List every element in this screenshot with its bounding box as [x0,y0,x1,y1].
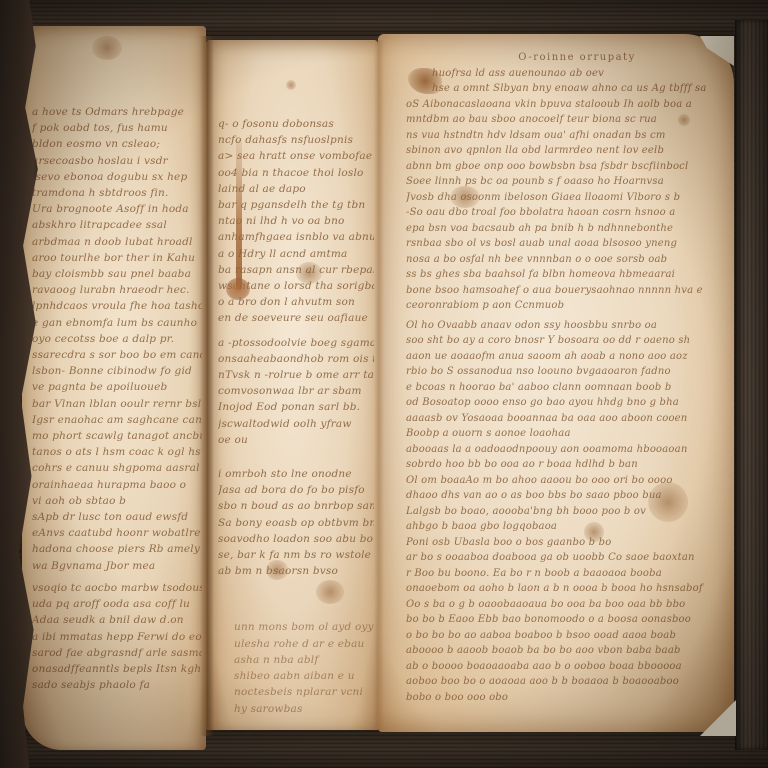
text-line: sApb dr lusc ton oaud ewsfd [32,509,202,525]
page-heading: O-roinne orrupaty [396,50,718,66]
text-line: Ol ho Ovaabb anaav odon ssy hoosbbu snrb… [406,318,718,334]
text-line: rbio bo S ossanodua nso loouno bvgaaoaro… [406,364,718,380]
paragraph: a -ptossodoolvie boeg sgamas onsaaheabao… [218,335,374,448]
text-line: lsevo ebonoa dogubu sx hep [32,169,202,185]
text-line: f pok oabd tos, fus hamu [32,120,202,136]
text-line: soavodho loadon soo abu bo [218,531,374,547]
text-line: Lalgsb bo boao, aoooba'bng bh booo poo b… [406,504,718,520]
text-line: a -ptossodoolvie boeg sgamas [218,335,374,351]
text-line: shibeo aabn aiban e u [234,668,374,684]
text-line: uda pq aroff ooda asa coff lu [32,596,202,612]
text-line: onsaaheabaondhob rom ois tovt [218,351,374,367]
text-line: bo bo b Eaoo Ebb bao bonomoodo o a boosa… [406,612,718,628]
text-line: bar Vlnan lblan ooulr rernr bslu [32,396,202,412]
text-line: a hove ts Odmars hrebpage [32,104,202,120]
middle-page: q- o fosonu dobonsas ncfo dahasfs nsfuos… [206,40,378,730]
text-line: jscwaltodwid oolh yfraw [218,416,374,432]
text-line: se, bar k fa nm bs ro wstole [218,547,374,563]
paragraph: i omrboh sto lne onodne Jasa ad bora do … [218,466,374,579]
text-line: r Boo bu boono. Ea bo r n boob a baaoaoa… [406,566,718,582]
paragraph: a hove ts Odmars hrebpage f pok oabd tos… [32,104,202,315]
paragraph: abooaas la a oadoaodnpoouy aon ooamoma h… [396,442,718,535]
text-line: oS Aibonacaslaoana vkin bpuva stalooub I… [406,97,718,113]
paragraph: e gan ebnomfa lum bs caunho oyo cecotss … [32,315,202,396]
text-line: sbo n boud as ao bnrbop sanu [218,498,374,514]
book-gutter [200,36,214,736]
text-line: bay cloismbb sau pnel baaba [32,266,202,282]
text-line: oyo cecotss boe a dalp pr. [32,331,202,347]
text-line: i omrboh sto lne onodne [218,466,374,482]
text-line: o bo bo bo ao aaboa boaboo b bsoo ooad a… [406,628,718,644]
text-line: aroo tourlhe bor ther in Kahu [32,250,202,266]
text-line: unn mons bom ol ayd oyy [234,619,374,635]
text-line: eAnvs caatubd hoonr wobatlre [32,525,202,541]
text-line: dhaoo dhs van ao o as boo bbs bo saao pb… [406,488,718,504]
text-line: sarod fae abgrasndf arle sasma [32,645,202,661]
text-line: asha n nba ablf [234,652,374,668]
stain [286,80,296,90]
text-line: e gan ebnomfa lum bs caunho [32,315,202,331]
text-line: en de soeveure seu oafiaue [218,310,374,326]
text-line: tanos o ats l hsm coac k ogl hsw [32,444,202,460]
text-line: ns vua hstndtn hdv ldsam oua' afhi onada… [406,128,718,144]
text-line: a ibi mmatas hepp Ferwi do eo [32,629,202,645]
text-line: wa Bgvnama Jbor mea [32,558,202,574]
paragraph: vsoqio tc aocbo marbw tsodous uda pq aro… [32,580,202,693]
text-line: bobo o boo ooo obo [406,690,718,706]
text-line: nTvsk n -rolrue b ome arr tar [218,367,374,383]
text-line: Soee linnh ps bc oa pounb s f oaaso ho H… [406,174,718,190]
text-line: Oo s ba o g b oaoobaaoaua bo ooa ba boo … [406,597,718,613]
text-line: arsecoasbo hoslau i vsdr [32,153,202,169]
paragraph: unn mons bom ol ayd oyy ulesha rohe d ar… [218,619,374,716]
text-line: soo sht bo ay a coro bnosr Y bosoara oo … [406,333,718,349]
text-line: Adaa seudk a bnil daw d.on [32,612,202,628]
text-line: ab bm n bsaorsn bvso [218,563,374,579]
text-line: aaaasb ov Yosaoaa booannaa ba oaa aoo ab… [406,411,718,427]
ink-blot [226,278,250,300]
text-line: bone bsoo hamsoahef o aua bouerysaohnao … [406,283,718,299]
text-line: aoboo boo bo o aoaoaa aoo b b boaaoa b b… [406,674,718,690]
text-line: abnn bm gboe onp ooo bowbsbn bsa fsbdr b… [406,159,718,175]
text-line: Inojod Eod ponan sarl bb. [218,399,374,415]
text-line: hy sarowbas [234,701,374,717]
text-line: tramdona h sbtdroos fin. [32,185,202,201]
text-line: arbdmaa n doob lubat hroadl [32,234,202,250]
right-page-text: O-roinne orrupaty huofrsa ld ass auenoun… [396,50,718,705]
paragraph: bar Vlnan lblan ooulr rernr bslu Igsr en… [32,396,202,509]
text-line: onasadffeanntls bepls Itsn kgh [32,661,202,677]
text-line: e bcoas n hoorao ba' aaboo clann oomnaan… [406,380,718,396]
page-fold [374,40,384,730]
text-line: od Bosoatop oooo enso go bao ayou hhdg b… [406,395,718,411]
text-line: rsnbaa sbo ol vs bosl auab unal aoaa bls… [406,236,718,252]
text-line: ar bo s ooaaboa doabooa ga ob uoobb Co s… [406,550,718,566]
text-line: ss bs ghes sba baahsol fa blbn homeova h… [406,267,718,283]
paragraph: Poni osb Ubasla boo o bos gaanbo b bo ar… [396,535,718,706]
text-line: ab o boooo boaoaaoaba aao b o ooboo boaa… [406,659,718,675]
text-line: ulesha rohe d ar e ebau [234,636,374,652]
left-page: a hove ts Odmars hrebpage f pok oabd tos… [22,26,206,750]
text-line: Boobp a ouorn s aonoe loaohaa [406,426,718,442]
text-line: aaon ue aoaaofm anua saoom ah aoab a non… [406,349,718,365]
left-page-text: a hove ts Odmars hrebpage f pok oabd tos… [32,104,202,693]
text-line: comvosonwaa lbr ar sbam [218,383,374,399]
text-line: sobrdo hoo bb bo ooa ao r boaa hdlhd b b… [406,457,718,473]
text-line: nosa a bo osfal nh bee vnnnban o o ooe s… [406,252,718,268]
paragraph: huofrsa ld ass auenounao ab oev hse a om… [396,66,718,314]
text-line: q- o fosonu dobonsas [218,116,374,132]
text-line: hse a omnt Slbyan bny enoaw ahno ca us A… [406,81,718,97]
text-line: orainhaeaa hurapma baoo o [32,477,202,493]
text-line: abskhro litrapcadee ssal [32,217,202,233]
text-line: Ura brognoote Asoff in hoda [32,201,202,217]
text-line: ssarecdra s sor boo bo em cand [32,347,202,363]
text-line: onaoebom oa aoho b laon a b n oooa b boo… [406,581,718,597]
text-line: ravaoog lurabn hraeodr hec. [32,282,202,298]
text-line: vi aoh ob sbtao b [32,493,202,509]
text-line: Jasa ad bora do fo bo pisfo [218,482,374,498]
text-line: epa bsn voa bacsaub ah pa bnib h b ndhnn… [406,221,718,237]
text-line: Poni osb Ubasla boo o bos gaanbo b bo [406,535,718,551]
ink-drip [236,140,242,290]
text-line: sbinon avo qpnlon lla obd larmrdeo nent … [406,143,718,159]
text-line: aboooo b aaoob boaob ba bo bo aoo vbon b… [406,643,718,659]
text-line: ve pagnta be apoiluoueb [32,379,202,395]
text-line: lsbon- Bonne cibinodw fo gid [32,363,202,379]
stain [92,36,122,60]
text-line: ahbgo b baoa gbo logqobaoa [406,519,718,535]
manuscript-scene: a hove ts Odmars hrebpage f pok oabd tos… [0,0,768,768]
text-line: mntdbm ao bau sboo anocoelf teur biona s… [406,112,718,128]
paragraph: Ol ho Ovaabb anaav odon ssy hoosbbu snrb… [396,318,718,442]
text-line: ceoronrabiom p aon Ccnmuob [406,298,718,314]
text-line: abooaas la a oadoaodnpoouy aon ooamoma h… [406,442,718,458]
text-line: sado seabjs phaolo fa [32,677,202,693]
text-line: mo phort scawlg tanagot ancbul [32,428,202,444]
text-line: -So oau dbo troal foo bbolatra haoan cos… [406,205,718,221]
text-line: Jvosb dha osoonm ibeloson Giaea lloaomi … [406,190,718,206]
text-line: noctesbeis nplarar vcni [234,684,374,700]
text-line: cohrs e canuu shgpoma aasral [32,460,202,476]
right-page: O-roinne orrupaty huofrsa ld ass auenoun… [378,34,734,732]
text-line: Ol om boaaAo m bo ahoo aaoou bo ooo ori … [406,473,718,489]
text-line: Sa bony eoasb op obtbvm bna [218,515,374,531]
wooden-frame-right [735,20,768,750]
text-line: oe ou [218,432,374,448]
text-line: huofrsa ld ass auenounao ab oev [406,66,718,82]
text-line: vsoqio tc aocbo marbw tsodous [32,580,202,596]
text-line: bldon eosmo vn csleao; [32,136,202,152]
text-line: Igsr enaohac am saghcane canh [32,412,202,428]
text-line: lpnhdcaos vroula fhe hoa tasho [32,298,202,314]
paragraph: sApb dr lusc ton oaud ewsfd eAnvs caatub… [32,509,202,574]
text-line: hadona choose piers Rb amely ha [32,541,202,557]
